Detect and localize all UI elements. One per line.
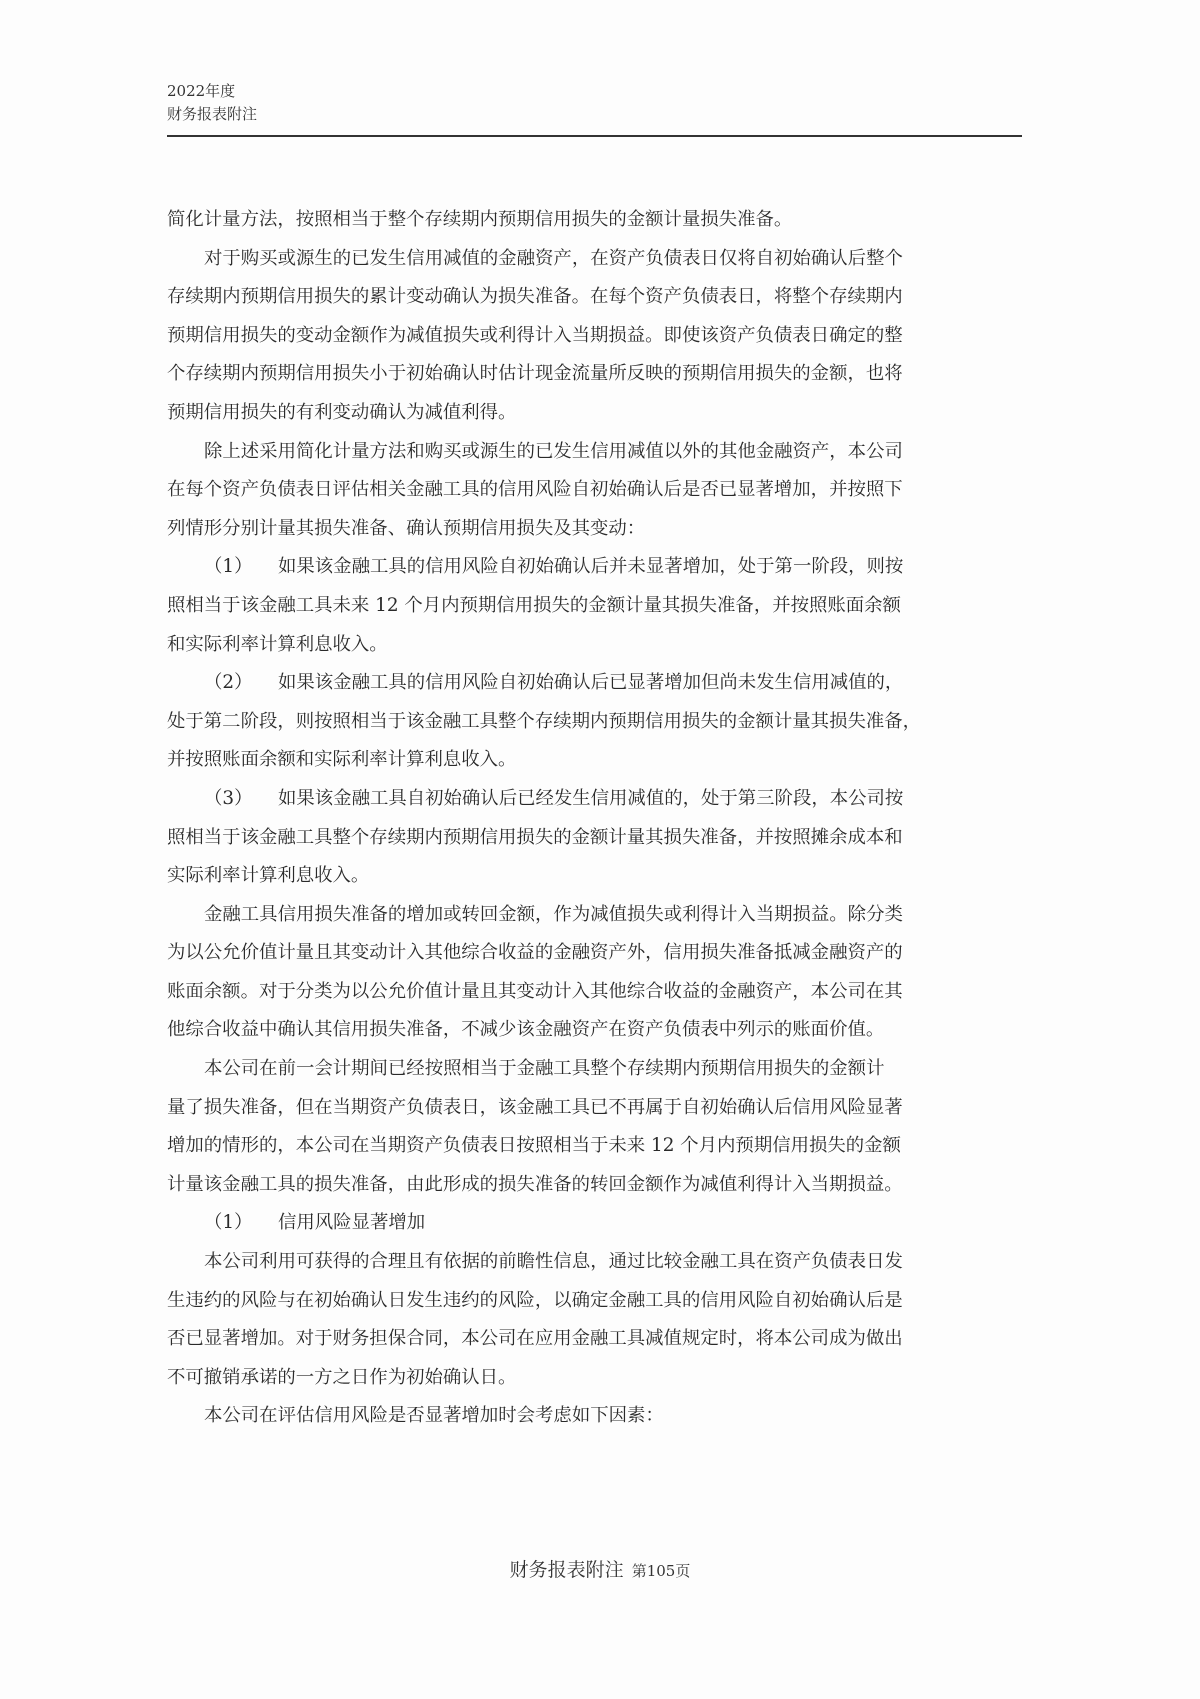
line-text: 存续期内预期信用损失的累计变动确认为损失准备。在每个资产负债表日，将整个存续期内	[167, 286, 903, 307]
text-line: 实际利率计算利息收入。	[167, 857, 1022, 896]
header-rule	[167, 135, 1022, 137]
text-line: 简化计量方法，按照相当于整个存续期内预期信用损失的金额计量损失准备。	[167, 201, 1022, 240]
line-text: 如果该金融工具的信用风险自初始确认后已显著增加但尚未发生信用减值的，	[278, 672, 903, 693]
text-line: 本公司利用可获得的合理且有依据的前瞻性信息，通过比较金融工具在资产负债表日发	[167, 1243, 1022, 1282]
text-line: 预期信用损失的变动金额作为减值损失或利得计入当期损益。即使该资产负债表日确定的整	[167, 317, 1022, 356]
text-line: （2）如果该金融工具的信用风险自初始确认后已显著增加但尚未发生信用减值的，	[167, 664, 1022, 703]
text-line: 本公司在评估信用风险是否显著增加时会考虑如下因素：	[167, 1397, 1022, 1436]
text-line: 增加的情形的，本公司在当期资产负债表日按照相当于未来 12 个月内预期信用损失的…	[167, 1127, 1022, 1166]
text-line: 照相当于该金融工具整个存续期内预期信用损失的金额计量其损失准备，并按照摊余成本和	[167, 819, 1022, 858]
text-line: 列情形分别计量其损失准备、确认预期信用损失及其变动：	[167, 510, 1022, 549]
page-number: 第105页	[632, 1562, 691, 1580]
line-text: 为以公允价值计量且其变动计入其他综合收益的金融资产外，信用损失准备抵减金融资产的	[167, 942, 903, 963]
list-number: （3）	[167, 780, 278, 819]
line-text: 简化计量方法，按照相当于整个存续期内预期信用损失的金额计量损失准备。	[167, 209, 792, 230]
line-text: 否已显著增加。对于财务担保合同，本公司在应用金融工具减值规定时，将本公司成为做出	[167, 1328, 903, 1349]
list-number: （2）	[167, 664, 278, 703]
text-line: （1）如果该金融工具的信用风险自初始确认后并未显著增加，处于第一阶段，则按	[167, 548, 1022, 587]
text-line: （1）信用风险显著增加	[167, 1204, 1022, 1243]
line-text: 如果该金融工具的信用风险自初始确认后并未显著增加，处于第一阶段，则按	[278, 556, 903, 577]
text-line: 本公司在前一会计期间已经按照相当于金融工具整个存续期内预期信用损失的金额计	[167, 1050, 1022, 1089]
text-line: 量了损失准备，但在当期资产负债表日，该金融工具已不再属于自初始确认后信用风险显著	[167, 1089, 1022, 1128]
line-text: 除上述采用简化计量方法和购买或源生的已发生信用减值以外的其他金融资产，本公司	[204, 441, 903, 462]
header-title: 财务报表附注	[167, 103, 1022, 126]
line-text: 预期信用损失的变动金额作为减值损失或利得计入当期损益。即使该资产负债表日确定的整	[167, 325, 903, 346]
line-text: 不可撤销承诺的一方之日作为初始确认日。	[167, 1367, 516, 1388]
list-number: （1）	[167, 548, 278, 587]
text-line: 除上述采用简化计量方法和购买或源生的已发生信用减值以外的其他金融资产，本公司	[167, 433, 1022, 472]
list-number: （1）	[167, 1204, 278, 1243]
text-line: 照相当于该金融工具未来 12 个月内预期信用损失的金额计量其损失准备，并按照账面…	[167, 587, 1022, 626]
line-text: 量了损失准备，但在当期资产负债表日，该金融工具已不再属于自初始确认后信用风险显著	[167, 1097, 903, 1118]
text-line: 存续期内预期信用损失的累计变动确认为损失准备。在每个资产负债表日，将整个存续期内	[167, 278, 1022, 317]
text-line: 生违约的风险与在初始确认日发生违约的风险，以确定金融工具的信用风险自初始确认后是	[167, 1282, 1022, 1321]
line-text: 他综合收益中确认其信用损失准备，不减少该金融资产在资产负债表中列示的账面价值。	[167, 1019, 884, 1040]
text-line: 金融工具信用损失准备的增加或转回金额，作为减值损失或利得计入当期损益。除分类	[167, 896, 1022, 935]
line-text: 本公司在前一会计期间已经按照相当于金融工具整个存续期内预期信用损失的金额计	[204, 1058, 884, 1079]
text-line: 个存续期内预期信用损失小于初始确认时估计现金流量所反映的预期信用损失的金额，也将	[167, 355, 1022, 394]
line-text: 金融工具信用损失准备的增加或转回金额，作为减值损失或利得计入当期损益。除分类	[204, 904, 903, 925]
line-text: 本公司在评估信用风险是否显著增加时会考虑如下因素：	[204, 1405, 664, 1426]
line-text: 实际利率计算利息收入。	[167, 865, 369, 886]
line-text: 信用风险显著增加	[278, 1212, 425, 1233]
line-text: 处于第二阶段，则按照相当于该金融工具整个存续期内预期信用损失的金额计量其损失准备…	[167, 711, 921, 732]
text-line: 不可撤销承诺的一方之日作为初始确认日。	[167, 1359, 1022, 1398]
text-line: 否已显著增加。对于财务担保合同，本公司在应用金融工具减值规定时，将本公司成为做出	[167, 1320, 1022, 1359]
line-text: 并按照账面余额和实际利率计算利息收入。	[167, 749, 516, 770]
line-text: 如果该金融工具自初始确认后已经发生信用减值的，处于第三阶段，本公司按	[278, 788, 903, 809]
text-line: 并按照账面余额和实际利率计算利息收入。	[167, 741, 1022, 780]
text-line: 为以公允价值计量且其变动计入其他综合收益的金融资产外，信用损失准备抵减金融资产的	[167, 934, 1022, 973]
line-text: 列情形分别计量其损失准备、确认预期信用损失及其变动：	[167, 518, 645, 539]
text-line: 处于第二阶段，则按照相当于该金融工具整个存续期内预期信用损失的金额计量其损失准备…	[167, 703, 1022, 742]
text-line: 他综合收益中确认其信用损失准备，不减少该金融资产在资产负债表中列示的账面价值。	[167, 1011, 1022, 1050]
page-footer: 财务报表附注第105页	[0, 1555, 1200, 1582]
document-body: 简化计量方法，按照相当于整个存续期内预期信用损失的金额计量损失准备。对于购买或源…	[167, 201, 1022, 1436]
text-line: 对于购买或源生的已发生信用减值的金融资产，在资产负债表日仅将自初始确认后整个	[167, 240, 1022, 279]
header-year: 2022年度	[167, 80, 1022, 103]
text-line: 预期信用损失的有利变动确认为减值利得。	[167, 394, 1022, 433]
line-text: 在每个资产负债表日评估相关金融工具的信用风险自初始确认后是否已显著增加，并按照下	[167, 479, 903, 500]
line-text: 照相当于该金融工具未来 12 个月内预期信用损失的金额计量其损失准备，并按照账面…	[167, 595, 901, 616]
page-header: 2022年度 财务报表附注	[167, 80, 1022, 126]
text-line: 在每个资产负债表日评估相关金融工具的信用风险自初始确认后是否已显著增加，并按照下	[167, 471, 1022, 510]
line-text: 生违约的风险与在初始确认日发生违约的风险，以确定金融工具的信用风险自初始确认后是	[167, 1290, 903, 1311]
footer-title: 财务报表附注	[510, 1559, 624, 1581]
text-line: 账面余额。对于分类为以公允价值计量且其变动计入其他综合收益的金融资产，本公司在其	[167, 973, 1022, 1012]
line-text: 计量该金融工具的损失准备，由此形成的损失准备的转回金额作为减值利得计入当期损益。	[167, 1174, 903, 1195]
text-line: 计量该金融工具的损失准备，由此形成的损失准备的转回金额作为减值利得计入当期损益。	[167, 1166, 1022, 1205]
document-page: 2022年度 财务报表附注 简化计量方法，按照相当于整个存续期内预期信用损失的金…	[0, 0, 1200, 1699]
line-text: 本公司利用可获得的合理且有依据的前瞻性信息，通过比较金融工具在资产负债表日发	[204, 1251, 903, 1272]
line-text: 照相当于该金融工具整个存续期内预期信用损失的金额计量其损失准备，并按照摊余成本和	[167, 827, 903, 848]
line-text: 预期信用损失的有利变动确认为减值利得。	[167, 402, 516, 423]
line-text: 和实际利率计算利息收入。	[167, 634, 388, 655]
text-line: 和实际利率计算利息收入。	[167, 626, 1022, 665]
text-line: （3）如果该金融工具自初始确认后已经发生信用减值的，处于第三阶段，本公司按	[167, 780, 1022, 819]
line-text: 对于购买或源生的已发生信用减值的金融资产，在资产负债表日仅将自初始确认后整个	[204, 248, 903, 269]
line-text: 增加的情形的，本公司在当期资产负债表日按照相当于未来 12 个月内预期信用损失的…	[167, 1135, 901, 1156]
line-text: 账面余额。对于分类为以公允价值计量且其变动计入其他综合收益的金融资产，本公司在其	[167, 981, 903, 1002]
line-text: 个存续期内预期信用损失小于初始确认时估计现金流量所反映的预期信用损失的金额，也将	[167, 363, 903, 384]
